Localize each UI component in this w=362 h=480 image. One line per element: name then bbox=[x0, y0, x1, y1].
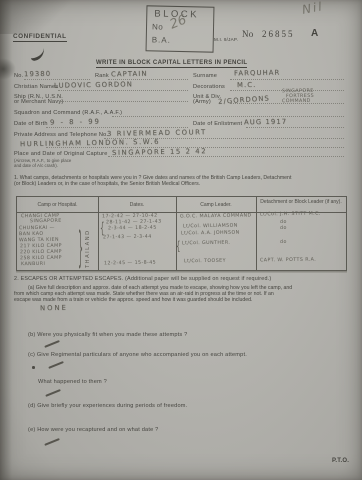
date-entry: 17-2-42 — 27-10-42 bbox=[102, 214, 158, 220]
leader-entry: Lt/Col. TOOSEY bbox=[184, 259, 226, 265]
block-leader-entry: do bbox=[280, 240, 287, 245]
leader-entry: G.O.C. MALAYA COMMAND bbox=[180, 214, 252, 220]
question1-line2: (or Block) Leaders or, in the case of ho… bbox=[14, 181, 200, 187]
block-stamp-no: No bbox=[152, 22, 163, 31]
section2-a-line3: escape was made from a train or vehicle … bbox=[14, 297, 252, 303]
section2-c-sub-text: What happened to them ? bbox=[38, 379, 107, 385]
section2-e-text: (e) How were you recaptured and on what … bbox=[28, 427, 158, 433]
field-dob-value: 9 - 8 - 99 bbox=[50, 118, 101, 127]
field-rank-value: CAPTAIN bbox=[111, 70, 148, 79]
pto-label: P.T.O. bbox=[332, 458, 349, 464]
block-leader-entry: CAPT. W. POTTS R.A. bbox=[260, 258, 316, 264]
field-no-label: No. bbox=[14, 73, 23, 79]
section2-c-text: (c) Give Regimental particulars of anyon… bbox=[28, 352, 247, 358]
field-address-label: Private Address and Telephone No. bbox=[14, 132, 108, 138]
camp-entry: SINGAPORE bbox=[30, 219, 62, 224]
serial-number: 26855 bbox=[262, 29, 295, 39]
field-unit-label-line2: (Army) bbox=[193, 99, 211, 105]
field-no-value: 19380 bbox=[24, 70, 51, 78]
table-header-dates: Dates. bbox=[98, 202, 176, 208]
field-ship-label-line2: or Merchant Navy) bbox=[14, 99, 63, 105]
field-surname-value: FARQUHAR bbox=[234, 69, 280, 78]
section2-b-text: (b) Were you physically fit when you mad… bbox=[28, 332, 188, 338]
series-letter: A bbox=[311, 28, 318, 39]
leader-entry: Lt/Col. GUNTHER. bbox=[182, 241, 230, 247]
field-unit-value: 2/GORDONS bbox=[218, 94, 270, 106]
section2-a-answer: NONE bbox=[40, 304, 68, 312]
pencil-tick-mark bbox=[29, 46, 46, 61]
thailand-annotation: THAILAND bbox=[85, 228, 91, 268]
date-entry: 27-1-43 — 2-3-44 bbox=[103, 235, 152, 241]
field-christian-names-value: LUDOVIC GORDON bbox=[54, 80, 133, 89]
corner-shadow bbox=[0, 0, 90, 34]
serial-no-label: No bbox=[242, 29, 253, 39]
field-dob-label: Date of Birth bbox=[14, 121, 48, 127]
table-header-leader: Camp Leader. bbox=[176, 202, 256, 208]
confidential-marking: CONFIDENTIAL bbox=[13, 33, 67, 42]
date-entry: 28-11-42 — 27-1-43 bbox=[106, 220, 162, 226]
camp-entry: BAN KAO bbox=[19, 232, 44, 237]
date-entry: 12-2-45 — 15-8-45 bbox=[104, 261, 156, 267]
field-enlistment-label: Date of Enlistment bbox=[193, 121, 242, 127]
field-enlistment-value: AUG 1917 bbox=[244, 118, 287, 127]
form-instruction: WRITE IN BLOCK CAPITAL LETTERS IN PENCIL bbox=[96, 60, 247, 68]
leader-entry: Lt/Col. WILLIAMSON bbox=[183, 224, 238, 230]
camp-table: Camp or Hospital. Dates. Camp Leader. De… bbox=[16, 196, 347, 271]
field-capture-label: Place and Date of Original Capture bbox=[14, 151, 108, 157]
camp-entry: KANBURI bbox=[21, 262, 45, 267]
nil-annotation: Nil bbox=[301, 0, 325, 17]
field-address-value-line1: 3 RIVERMEAD COURT bbox=[107, 128, 207, 138]
block-leader-entry: Lt/Col. J.H. STITT M.C. bbox=[260, 212, 321, 218]
leader-group-brace: { bbox=[176, 239, 180, 253]
field-squadron-label: Squadron and Command (R.A.F., A.A.F.) bbox=[14, 110, 122, 116]
pencil-dot bbox=[32, 366, 35, 369]
table-header-block-leader: Detachment or Block Leader (if any). bbox=[260, 199, 342, 205]
section2-heading: 2. ESCAPES OR ATTEMPTED ESCAPES. (Additi… bbox=[14, 276, 271, 282]
date-entry: 2-3-44 — 18-2-45 bbox=[108, 226, 157, 232]
field-decorations-label: Decorations bbox=[193, 84, 225, 90]
pencil-dash-answer bbox=[48, 361, 63, 368]
camp-entry: 217 KILO CAMP bbox=[20, 244, 62, 250]
field-surname-label: Surname bbox=[193, 73, 217, 79]
camp-group-brace: } bbox=[78, 225, 83, 272]
leader-entry: Lt/Col. A.A. JOHNSON bbox=[181, 231, 240, 237]
pow-liberation-questionnaire: CONFIDENTIAL BLOCK No B.A. 26 M.I. 9/JAP… bbox=[0, 0, 362, 480]
camp-entry: WANG TA KIEN bbox=[19, 238, 59, 244]
field-capture-note-line2: and date of A/c crash). bbox=[14, 163, 58, 168]
table-column-divider bbox=[256, 197, 257, 270]
field-rank-label: Rank bbox=[95, 73, 109, 79]
table-header-camp: Camp or Hospital. bbox=[17, 202, 98, 208]
block-stamp-ba: B.A. bbox=[152, 35, 171, 44]
block-leader-entry: do bbox=[280, 226, 287, 231]
pencil-dash-answer bbox=[45, 389, 60, 396]
field-christian-names-label: Christian Names bbox=[14, 84, 58, 90]
mi9-label: M.I. 9/JAP. bbox=[214, 37, 238, 42]
pencil-dash-answer bbox=[44, 340, 59, 347]
field-decorations-value: M.C. bbox=[237, 81, 256, 89]
pencil-dash-answer bbox=[44, 438, 59, 445]
camp-entry: 258 KILO CAMP bbox=[20, 256, 62, 262]
block-leader-entry: do bbox=[280, 220, 287, 225]
section2-d-text: (d) Give briefly your experiences during… bbox=[28, 403, 187, 409]
camp-entry: 220 KILO CAMP bbox=[20, 250, 62, 256]
camp-entry: CHUNGKAI — bbox=[19, 226, 55, 232]
